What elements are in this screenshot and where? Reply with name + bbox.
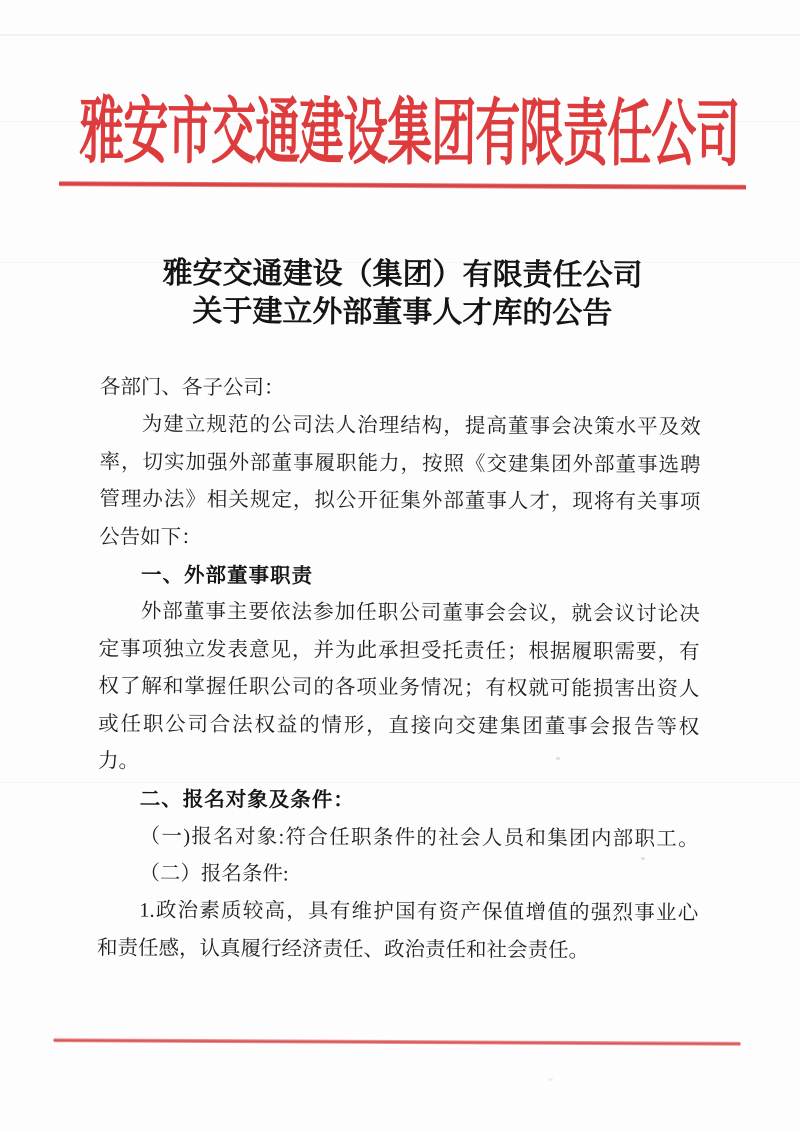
body-line: 管理办法》相关规定，拟公开征集外部董事人才，现将有关事项 bbox=[99, 482, 700, 523]
section-heading-1: 一、外部董事职责 bbox=[99, 556, 700, 597]
body-line: （二）报名条件: bbox=[97, 856, 698, 897]
section-heading-2: 二、报名对象及条件： bbox=[98, 781, 699, 822]
body-line: 外部董事主要依法参加任职公司董事会会议，就会议讨论决 bbox=[99, 594, 700, 635]
body-line: 为建立规范的公司法人治理结构，提高董事会决策水平及效 bbox=[100, 407, 701, 448]
body-line: 或任职公司合法权益的情形，直接向交建集团董事会报告等权 bbox=[98, 706, 699, 747]
body-line: （一)报名对象:符合任职条件的社会人员和集团内部职工。 bbox=[98, 818, 699, 859]
letterhead-divider-line bbox=[59, 181, 746, 190]
body-line: 1.政治素质较高，具有维护国有资产保值增值的强烈事业心 bbox=[97, 893, 698, 934]
scanned-document-page: 雅安市交通建设集团有限责任公司 雅安交通建设（集团）有限责任公司 关于建立外部董… bbox=[0, 0, 800, 1130]
letterhead-company-name: 雅安市交通建设集团有限责任公司 bbox=[9, 94, 800, 173]
document-title-line-1: 雅安交通建设（集团）有限责任公司 bbox=[2, 254, 800, 296]
document-content: 雅安市交通建设集团有限责任公司 雅安交通建设（集团）有限责任公司 关于建立外部董… bbox=[0, 0, 800, 1130]
body-line: 定事项独立发表意见，并为此承担受托责任；根据履职需要，有 bbox=[98, 631, 699, 672]
salutation-line: 各部门、各子公司： bbox=[100, 369, 701, 410]
footer-divider-line bbox=[54, 1038, 741, 1046]
body-line: 和责任感，认真履行经济责任、政治责任和社会责任。 bbox=[97, 930, 698, 971]
body-line: 权了解和掌握任职公司的各项业务情况；有权就可能损害出资人 bbox=[98, 669, 699, 710]
body-line: 公告如下： bbox=[99, 519, 700, 560]
document-title-line-2: 关于建立外部董事人才库的公告 bbox=[2, 292, 800, 334]
document-body: 各部门、各子公司： 为建立规范的公司法人治理结构，提高董事会决策水平及效 率，切… bbox=[97, 369, 701, 970]
body-line: 率，切实加强外部董事履职能力，按照《交建集团外部董事选聘 bbox=[99, 444, 700, 485]
body-line: 力。 bbox=[98, 743, 699, 784]
